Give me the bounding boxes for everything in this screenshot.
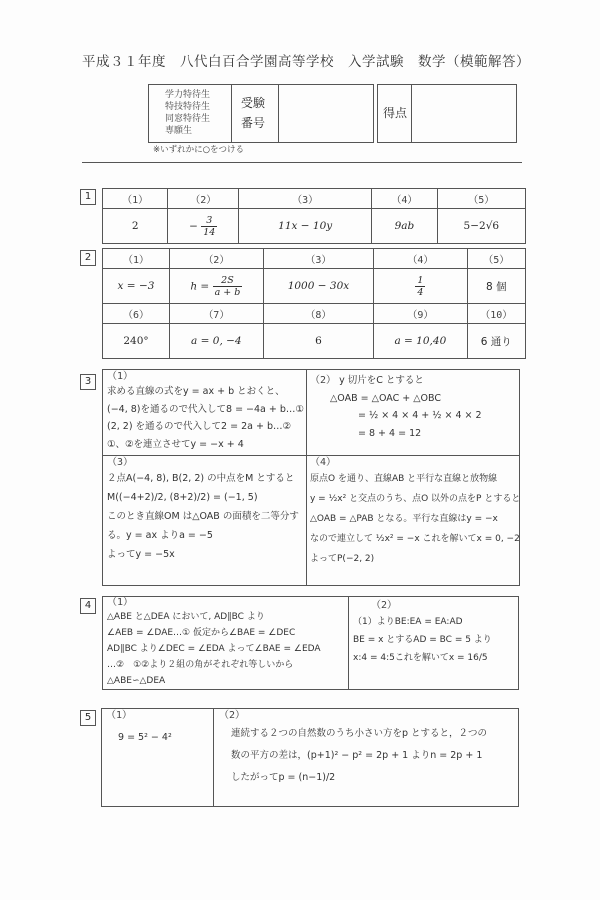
answer-cell: 2 [103,209,168,244]
answer-line: = 8 + 4 = 12 [310,425,482,443]
answer-line: (−4, 8)を通るので代入して8 = −4a + b…① [107,401,304,419]
question-label: （8） [263,304,373,324]
answer-cell: − 314 [168,209,239,244]
question-label: （7） [169,304,263,324]
answer-line: △ABE と△DEA において, AD∥BC より [107,609,321,625]
section3-q1: （1） 求める直線の式をy = ax + b とおくと、 (−4, 8)を通るの… [107,370,304,453]
fraction: 2Sa + b [213,275,243,298]
category-note: ※いずれかに○をつける [153,144,244,156]
question-label: （2） [219,709,487,723]
answer-line: y = ½x² と交点のうち、点O 以外の点をP とすると [310,489,520,509]
answer-cell: h = 2Sa + b [169,269,263,304]
section3-q4: （4） 原点O を通り、直線AB と平行な直線と放物線 y = ½x² と交点の… [310,457,520,569]
question-label: （1） [106,709,172,723]
question-label: （2） [353,599,492,613]
answer-line: △OAB = △OAC + △OBC [310,390,482,408]
header-divider [82,162,522,163]
answer-line: 連続する２つの自然数のうち小さい方をp とすると，２つの [219,723,487,745]
question-label: （4） [310,457,520,469]
section3-q2: （2） y 切片をC とすると △OAB = △OAC + △OBC = ½ ×… [310,372,482,442]
answer-cell: 6 [263,324,373,359]
question-label: （2） [168,189,239,209]
question-label: （1） [107,597,321,609]
question-label: （9） [374,304,467,324]
answer-cell: 9ab [372,209,437,244]
question-label: （1） [107,370,304,383]
minus-sign: − [189,220,198,232]
answer-cell: x = −3 [103,269,170,304]
answer-line: ２点A(−4, 8), B(2, 2) の中点をM とすると [107,469,299,488]
answer-cell: 6 通り [467,324,525,359]
answer-line: よってy = −5x [107,545,299,564]
category-list: 学力特待生 特技特待生 同窓特待生 専願生 [165,89,210,137]
answer-cell: a = 0, −4 [169,324,263,359]
section-number: 5 [80,710,96,726]
answer-cell: 1000 − 30x [263,269,373,304]
fraction: 314 [201,215,217,238]
answer-line: △ABE∽△DEA [107,673,321,689]
section2-table: （1） （2） （3） （4） （5） x = −3 h = 2Sa + b 1… [102,248,526,359]
answer-line: 原点O を通り、直線AB と平行な直線と放物線 [310,469,520,489]
answer-line: 求める直線の式をy = ax + b とおくと、 [107,383,304,401]
section3-q3: （3） ２点A(−4, 8), B(2, 2) の中点をM とすると M((−4… [107,457,299,564]
lhs: h = [190,280,209,292]
category-item[interactable]: 特技特待生 [165,101,210,113]
exam-number-label: 番号 [241,113,265,133]
answer-cell: 11x − 10y [239,209,372,244]
answer-cell: 8 個 [467,269,525,304]
category-item[interactable]: 専願生 [165,125,210,137]
answer-cell: 5−2√6 [437,209,525,244]
section5-q2: （2） 連続する２つの自然数のうち小さい方をp とすると，２つの 数の平方の差は… [219,709,487,789]
question-label: （2） [310,375,336,386]
question-label: （2） [169,249,263,269]
answer-line: x:4 = 4:5これを解いてx = 16/5 [353,649,492,667]
page-title: 平成３１年度 八代白百合学園高等学校 入学試験 数学（模範解答） [82,50,530,70]
question-label: （10） [467,304,525,324]
score-label: 得点 [383,104,407,121]
question-label: （5） [467,249,525,269]
question-label: （4） [374,249,467,269]
answer-line: (2, 2) を通るので代入して2 = 2a + b…② [107,418,304,436]
score-box: 得点 [377,84,517,143]
answer-cell: a = 10,40 [374,324,467,359]
answer-line: 数の平方の差は，(p+1)² − p² = 2p + 1 よりn = 2p + … [219,745,487,767]
score-field[interactable] [413,85,516,142]
exam-number-box: 学力特待生 特技特待生 同窓特待生 専願生 受験 番号 [148,84,374,143]
category-item[interactable]: 同窓特待生 [165,113,210,125]
answer-line: よってP(−2, 2) [310,549,520,569]
answer-cell: 240° [103,324,170,359]
answer-line: y 切片をC とすると [339,375,424,386]
section3-box: （1） 求める直線の式をy = ax + b とおくと、 (−4, 8)を通るの… [102,369,520,586]
answer-line: る。y = ax よりa = −5 [107,526,299,545]
answer-line: ①、②を連立させてy = −x + 4 [107,436,304,454]
section4-box: （1） △ABE と△DEA において, AD∥BC より ∠AEB = ∠DA… [102,596,519,690]
question-label: （3） [239,189,372,209]
section-number: 1 [80,189,96,205]
question-label: （5） [437,189,525,209]
question-label: （1） [103,249,170,269]
section5-q1: （1） 9 = 5² − 4² [106,709,172,745]
question-label: （1） [103,189,168,209]
answer-line: ∠AEB = ∠DAE…① 仮定から∠BAE = ∠DEC [107,625,321,641]
section1-table: （1） （2） （3） （4） （5） 2 − 314 11x − 10y 9a… [102,188,526,244]
answer-line: （1）よりBE:EA = EA:AD [353,613,492,631]
question-label: （3） [107,457,299,469]
answer-line: したがってp = (n−1)/2 [219,767,487,789]
section-number: 4 [80,598,96,614]
exam-number-label: 受験 [241,93,265,113]
section5-box: （1） 9 = 5² − 4² （2） 連続する２つの自然数のうち小さい方をp … [101,708,519,807]
answer-cell: 14 [374,269,467,304]
answer-line: …② ①②より２組の角がそれぞれ等しいから [107,657,321,673]
answer-line: = ½ × 4 × 4 + ½ × 4 × 2 [310,407,482,425]
answer-line: なので連立して ½x² = −x これを解いてx = 0, −2 [310,529,520,549]
question-label: （3） [263,249,373,269]
fraction: 14 [415,275,425,298]
section4-q1: （1） △ABE と△DEA において, AD∥BC より ∠AEB = ∠DA… [107,597,321,689]
exam-number-field[interactable] [280,85,373,142]
section-number: 2 [80,250,96,266]
answer-line: BE = x とするAD = BC = 5 より [353,631,492,649]
question-label: （6） [103,304,170,324]
question-label: （4） [372,189,437,209]
section-number: 3 [80,374,96,390]
answer-line: △OAB = △PAB となる。平行な直線はy = −x [310,509,520,529]
answer-line: 9 = 5² − 4² [106,731,172,745]
answer-line: このとき直線OM は△OAB の面積を二等分す [107,507,299,526]
answer-line: AD∥BC より∠DEC = ∠EDA よって∠BAE = ∠EDA [107,641,321,657]
answer-line: M((−4+2)/2, (8+2)/2) = (−1, 5) [107,488,299,507]
category-item[interactable]: 学力特待生 [165,89,210,101]
section4-q2: （2） （1）よりBE:EA = EA:AD BE = x とするAD = BC… [353,599,492,667]
